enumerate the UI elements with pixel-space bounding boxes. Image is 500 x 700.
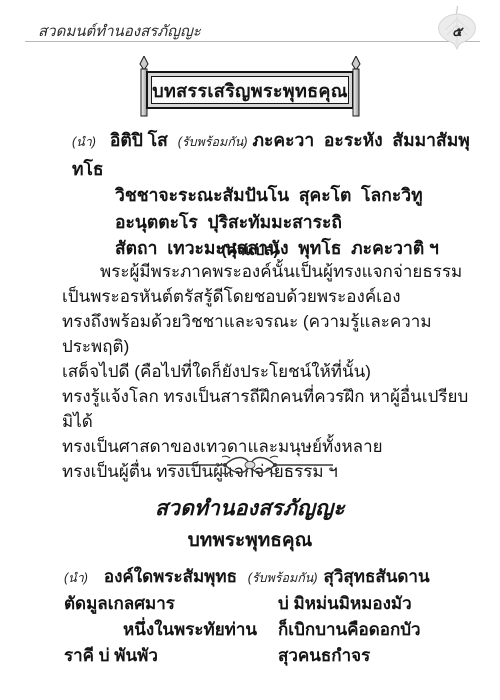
translation-line: ทรงถึงพร้อมด้วยวิชชาและจรณะ (ความรู้และค… <box>62 309 476 359</box>
leader-label: (นำ) <box>72 135 96 149</box>
translation-line: พระผู้มีพระภาคพระองค์นั้นเป็นผู้ทรงแจกจ่… <box>62 259 476 284</box>
page-number: ๕ <box>434 21 480 42</box>
banner-pillar-right-icon <box>349 56 363 118</box>
title-banner: บทสรรเสริญพระพุทธคุณ <box>137 56 363 118</box>
verse-line-1: (นำ)องค์ใดพระสัมพุทธ (รับพร้อมกัน)สุวิสุ… <box>64 564 476 591</box>
verse-row: ราคี บ่ พันพัว สุวคนธกำจร <box>64 643 476 669</box>
verse-left-hemistich: หนึ่งในพระทัยท่าน <box>123 620 257 639</box>
pali-line-1: (นำ)อิติปิ โส (รับพร้อมกัน)ภะคะวา อะระหั… <box>72 127 474 182</box>
section-heading-chapter: บทพระพุทธคุณ <box>0 525 500 555</box>
pali-line-2: วิชชาจะระณะสัมปันโน สุคะโต โลกะวิทู <box>115 182 474 209</box>
leader-label: (นำ) <box>64 571 88 585</box>
response-label: (รับพร้อมกัน) <box>248 571 318 585</box>
translation-line: เป็นพระอรหันต์ตรัสรู้ดีโดยชอบด้วยพระองค์… <box>62 284 476 309</box>
verse-block: (นำ)องค์ใดพระสัมพุทธ (รับพร้อมกัน)สุวิสุ… <box>64 564 476 669</box>
translation-line: เสด็จไปดี (คือไปที่ใดก็ยังประโยชน์ให้ที่… <box>62 359 476 384</box>
verse-left-hemistich: ราคี บ่ พันพัว <box>64 646 158 665</box>
pali-line-3: อะนุตตะโร ปุริสะทัมมะสาระถิ <box>115 209 474 236</box>
running-header-title: สวดมนต์ทำนองสรภัญญะ <box>38 19 201 43</box>
section-heading-style: สวดทำนองสรภัญญะ <box>0 492 500 525</box>
chapter-title: บทสรรเสริญพระพุทธคุณ <box>152 76 348 105</box>
verse-right-hemistich: สุวคนธกำจร <box>278 643 370 669</box>
verse-left-hemistich: ตัดมูลเกลศมาร <box>64 594 175 613</box>
knot-divider-icon <box>165 452 335 483</box>
pali-lead-text: อิติปิ โส <box>110 130 168 150</box>
bodhi-leaf-icon: ๕ <box>434 4 480 50</box>
prayer-book-page: สวดมนต์ทำนองสรภัญญะ ๕ บทสรรเสริญพระพุทธค… <box>0 0 500 700</box>
banner-band: บทสรรเสริญพระพุทธคุณ <box>146 71 354 109</box>
response-label: (รับพร้อมกัน) <box>178 135 248 149</box>
translation-block: พระผู้มีพระภาคพระองค์นั้นเป็นผู้ทรงแจกจ่… <box>62 259 476 484</box>
verse-line-1-right: สุวิสุทธสันดาน <box>323 567 429 586</box>
header-divider-rule <box>25 41 480 42</box>
banner-inner-panel: บทสรรเสริญพระพุทธคุณ <box>151 76 349 104</box>
verse-right-hemistich: ก็เบิกบานคือดอกบัว <box>278 617 421 643</box>
verse-row: หนึ่งในพระทัยท่าน ก็เบิกบานคือดอกบัว <box>64 617 476 643</box>
verse-right-hemistich: บ่ มิหม่นมิหมองมัว <box>278 591 412 617</box>
verse-lead-text: องค์ใดพระสัมพุทธ <box>104 567 237 586</box>
verse-row: ตัดมูลเกลศมาร บ่ มิหม่นมิหมองมัว <box>64 591 476 617</box>
translation-line: ทรงรู้แจ้งโลก ทรงเป็นสารถีฝึกคนที่ควรฝึก… <box>62 384 476 434</box>
